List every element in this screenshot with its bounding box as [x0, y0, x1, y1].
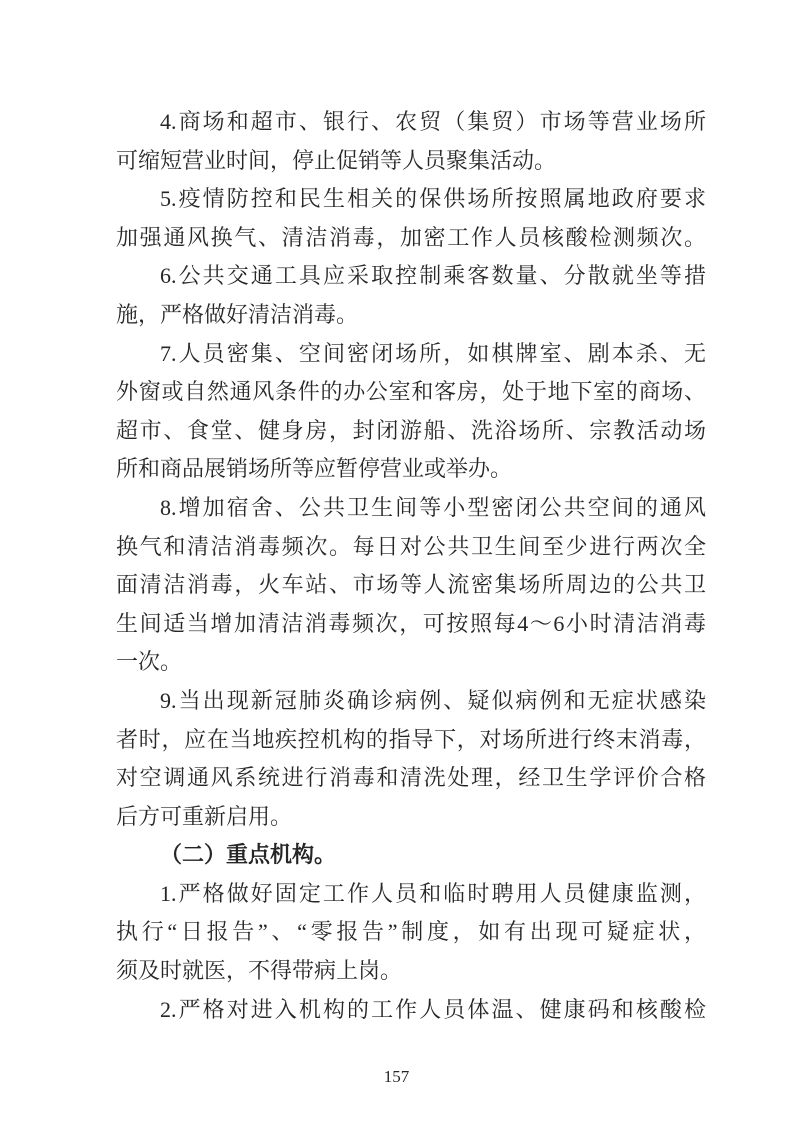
text-line: 8.增加宿舍、公共卫生间等小型密闭公共空间的通风 — [116, 489, 706, 528]
text-line: 须及时就医，不得带病上岗。 — [116, 952, 706, 991]
paragraph-item-4: 4.商场和超市、银行、农贸（集贸）市场等营业场所 可缩短营业时间，停止促销等人员… — [116, 103, 706, 180]
paragraph-item-5: 5.疫情防控和民生相关的保供场所按照属地政府要求 加强通风换气、清洁消毒，加密工… — [116, 180, 706, 257]
page-number: 157 — [384, 1067, 410, 1086]
paragraph-item-1: 1.严格做好固定工作人员和临时聘用人员健康监测， 执行“日报告”、“零报告”制度… — [116, 875, 706, 991]
paragraph-item-6: 6.公共交通工具应采取控制乘客数量、分散就坐等措 施，严格做好清洁消毒。 — [116, 257, 706, 334]
text-line: 外窗或自然通风条件的办公室和客房，处于地下室的商场、 — [116, 373, 706, 412]
document-page: 4.商场和超市、银行、农贸（集贸）市场等营业场所 可缩短营业时间，停止促销等人员… — [0, 0, 793, 1122]
text-line: 所和商品展销场所等应暂停营业或举办。 — [116, 450, 706, 489]
text-line: 生间适当增加清洁消毒频次，可按照每4～6小时清洁消毒 — [116, 605, 706, 644]
text-line: 5.疫情防控和民生相关的保供场所按照属地政府要求 — [116, 180, 706, 219]
text-line: 后方可重新启用。 — [116, 798, 706, 837]
text-line: 超市、食堂、健身房，封闭游船、洗浴场所、宗教活动场 — [116, 412, 706, 451]
text-line: 面清洁消毒，火车站、市场等人流密集场所周边的公共卫 — [116, 566, 706, 605]
text-line: 一次。 — [116, 643, 706, 682]
text-line: 6.公共交通工具应采取控制乘客数量、分散就坐等措 — [116, 257, 706, 296]
text-line: 2.严格对进入机构的工作人员体温、健康码和核酸检 — [116, 991, 706, 1030]
paragraph-item-9: 9.当出现新冠肺炎确诊病例、疑似病例和无症状感染 者时，应在当地疾控机构的指导下… — [116, 682, 706, 836]
text-line: 可缩短营业时间，停止促销等人员聚集活动。 — [116, 142, 706, 181]
text-line: 施，严格做好清洁消毒。 — [116, 296, 706, 335]
section-heading-line: （二）重点机构。 — [116, 836, 706, 875]
text-line: 加强通风换气、清洁消毒，加密工作人员核酸检测频次。 — [116, 219, 706, 258]
text-line: 执行“日报告”、“零报告”制度，如有出现可疑症状， — [116, 913, 706, 952]
section-heading-key-institutions: （二）重点机构。 — [116, 836, 706, 875]
paragraph-item-7: 7.人员密集、空间密闭场所，如棋牌室、剧本杀、无 外窗或自然通风条件的办公室和客… — [116, 335, 706, 489]
text-line: 换气和清洁消毒频次。每日对公共卫生间至少进行两次全 — [116, 528, 706, 567]
page-content: 4.商场和超市、银行、农贸（集贸）市场等营业场所 可缩短营业时间，停止促销等人员… — [116, 103, 706, 1029]
page-footer: 157 — [0, 1066, 793, 1088]
text-line: 7.人员密集、空间密闭场所，如棋牌室、剧本杀、无 — [116, 335, 706, 374]
text-line: 1.严格做好固定工作人员和临时聘用人员健康监测， — [116, 875, 706, 914]
text-line: 9.当出现新冠肺炎确诊病例、疑似病例和无症状感染 — [116, 682, 706, 721]
text-line: 对空调通风系统进行消毒和清洗处理，经卫生学评价合格 — [116, 759, 706, 798]
text-line: 者时，应在当地疾控机构的指导下，对场所进行终末消毒， — [116, 721, 706, 760]
paragraph-item-2: 2.严格对进入机构的工作人员体温、健康码和核酸检 — [116, 991, 706, 1030]
paragraph-item-8: 8.增加宿舍、公共卫生间等小型密闭公共空间的通风 换气和清洁消毒频次。每日对公共… — [116, 489, 706, 682]
text-line: 4.商场和超市、银行、农贸（集贸）市场等营业场所 — [116, 103, 706, 142]
